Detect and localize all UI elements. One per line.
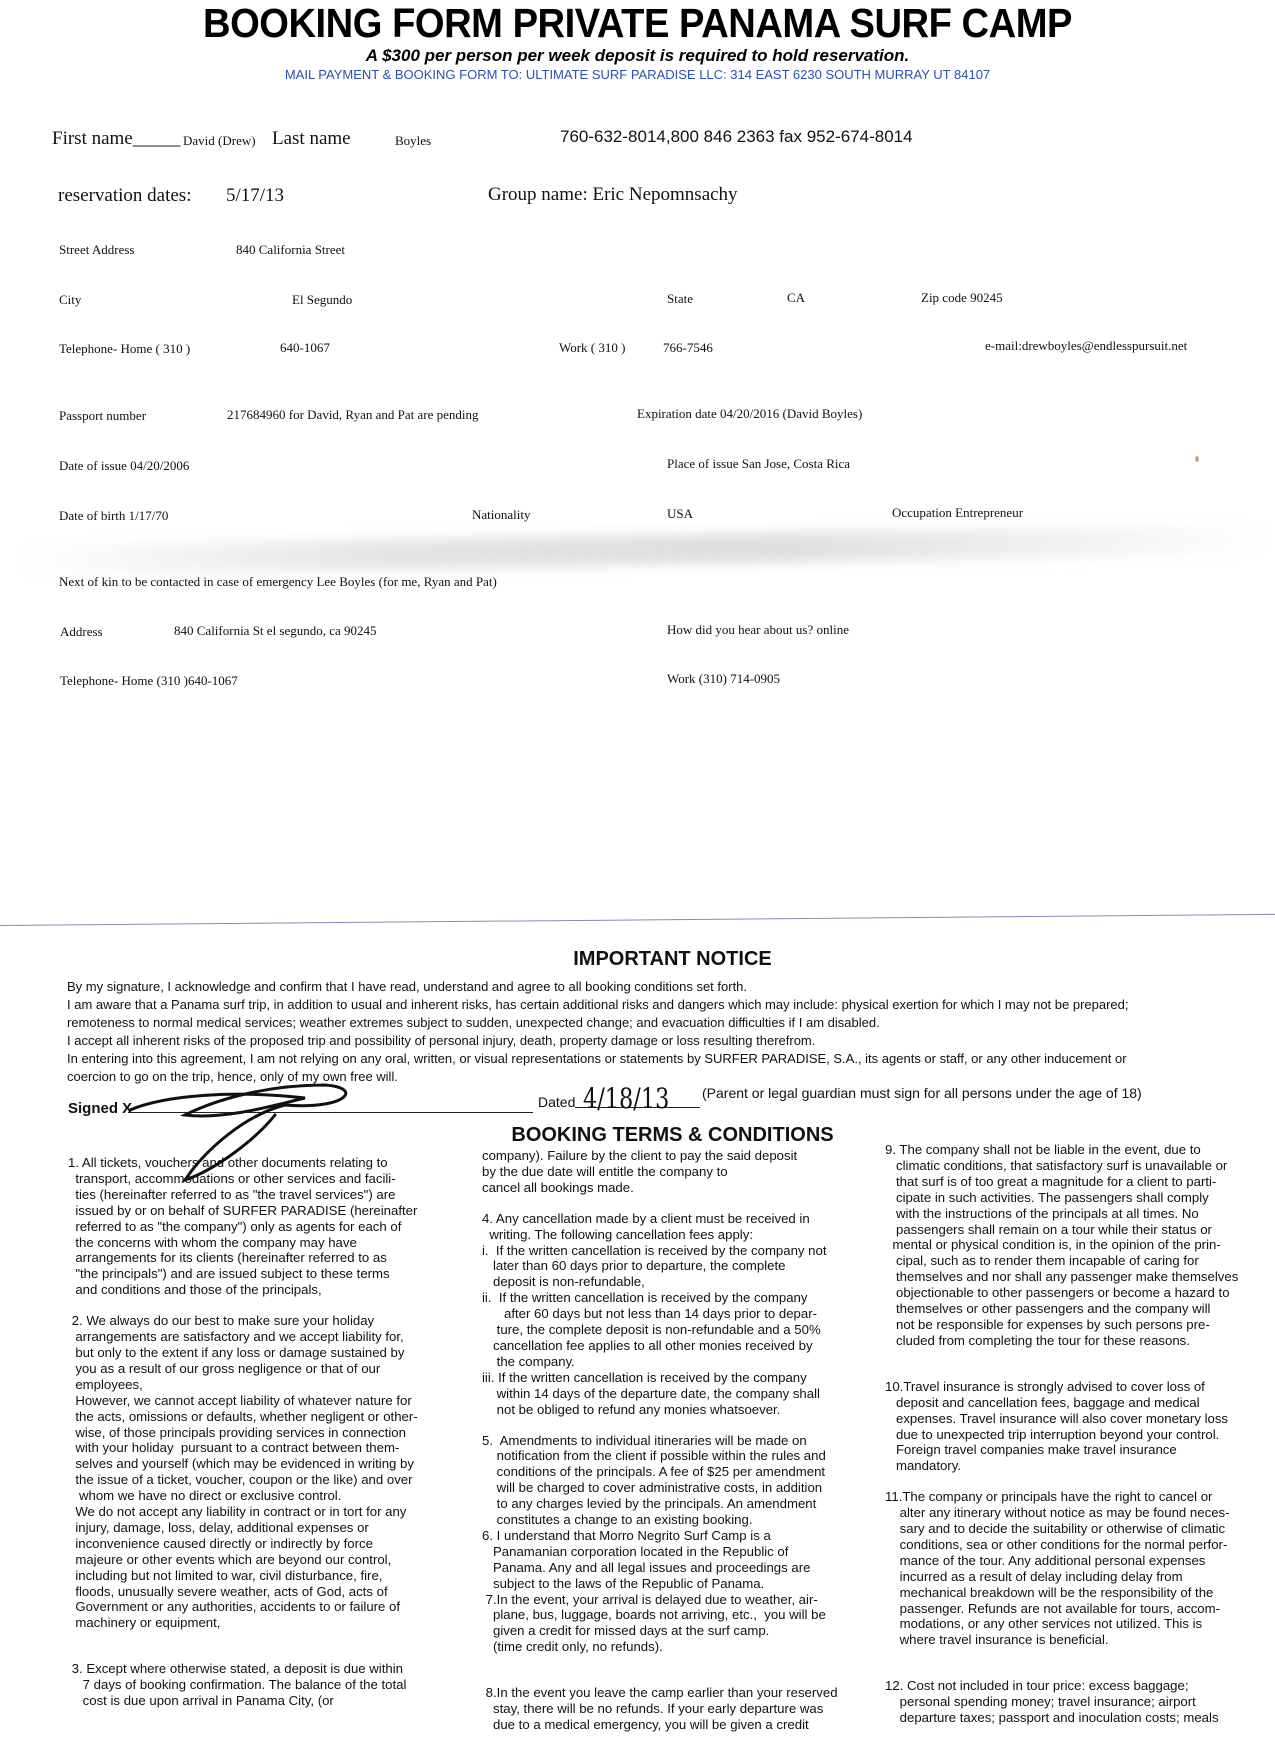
terms-line: writing. The following cancellation fees… xyxy=(482,1227,838,1243)
tel-home-label: Telephone- Home ( 310 ) xyxy=(59,341,190,357)
deposit-notice: A $300 per person per week deposit is re… xyxy=(0,46,1275,66)
terms-line: selves and yourself (which may be eviden… xyxy=(68,1456,418,1472)
state-label: State xyxy=(667,291,693,307)
mailing-address: MAIL PAYMENT & BOOKING FORM TO: ULTIMATE… xyxy=(0,67,1275,82)
terms-line: cancel all bookings made. xyxy=(482,1180,838,1196)
zip-code: Zip code 90245 xyxy=(921,290,1003,306)
terms-line: climatic conditions, that satisfactory s… xyxy=(885,1158,1238,1174)
work-value: 766-7546 xyxy=(663,340,713,356)
terms-line: Panama. Any and all legal issues and pro… xyxy=(482,1560,838,1576)
guardian-note: (Parent or legal guardian must sign for … xyxy=(702,1085,1142,1101)
notice-body: By my signature, I acknowledge and confi… xyxy=(67,978,1267,1086)
signed-label: Signed X xyxy=(68,1100,132,1117)
terms-line: However, we cannot accept liability of w… xyxy=(68,1393,418,1409)
terms-line: deposit and cancellation fees, baggage a… xyxy=(885,1395,1238,1411)
nationality-value: USA xyxy=(667,506,693,522)
terms-line: mandatory. xyxy=(885,1458,1238,1474)
terms-spacer xyxy=(482,1655,838,1670)
terms-line: with the instructions of the principals … xyxy=(885,1206,1238,1222)
terms-spacer xyxy=(68,1631,418,1646)
date-of-issue: Date of issue 04/20/2006 xyxy=(59,458,189,474)
page-divider xyxy=(0,914,1275,926)
terms-line: referred to as "the company") only as ag… xyxy=(68,1219,418,1235)
city-label: City xyxy=(59,292,81,308)
terms-line: whom we have no direct or exclusive cont… xyxy=(68,1488,418,1504)
terms-column-left: 1. All tickets, vouchers and other docum… xyxy=(68,1155,418,1709)
terms-line: including but not limited to war, civil … xyxy=(68,1568,418,1584)
notice-line: I am aware that a Panama surf trip, in a… xyxy=(67,996,1267,1014)
kin-work: Work (310) 714-0905 xyxy=(667,671,780,687)
terms-line: alter any itinerary without notice as ma… xyxy=(885,1505,1238,1521)
terms-line: 3. Except where otherwise stated, a depo… xyxy=(68,1661,418,1677)
terms-line: cancellation fee applies to all other mo… xyxy=(482,1338,838,1354)
email: e-mail:drewboyles@endlesspursuit.net xyxy=(985,338,1187,354)
first-name-label: First name_____ xyxy=(52,128,180,150)
terms-line: the issue of a ticket, voucher, coupon o… xyxy=(68,1472,418,1488)
terms-line: incurred as a result of delay including … xyxy=(885,1569,1238,1585)
last-name-label: Last name xyxy=(272,128,351,150)
terms-line: by the due date will entitle the company… xyxy=(482,1164,838,1180)
terms-spacer xyxy=(68,1298,418,1313)
terms-line: deposit is non-refundable, xyxy=(482,1274,838,1290)
terms-line: ties (hereinafter referred to as "the tr… xyxy=(68,1187,418,1203)
reservation-dates-label: reservation dates: xyxy=(58,185,191,207)
kin-tel-home: Telephone- Home (310 )640-1067 xyxy=(60,673,238,689)
terms-line: 5. Amendments to individual itineraries … xyxy=(482,1433,838,1449)
terms-line: company). Failure by the client to pay t… xyxy=(482,1148,838,1164)
paper-speck xyxy=(1195,456,1199,462)
first-name-value: David (Drew) xyxy=(183,133,256,149)
terms-line: where travel insurance is beneficial. xyxy=(885,1632,1238,1648)
terms-line: not be obliged to refund any monies what… xyxy=(482,1402,838,1418)
tel-home-value: 640-1067 xyxy=(280,340,330,356)
terms-line: passenger. Refunds are not available for… xyxy=(885,1601,1238,1617)
terms-line: due to unexpected trip interruption beyo… xyxy=(885,1427,1238,1443)
terms-line: subject to the laws of the Republic of P… xyxy=(482,1576,838,1592)
occupation: Occupation Entrepreneur xyxy=(892,505,1023,521)
terms-spacer xyxy=(885,1474,1238,1489)
contact-phones: 760-632-8014,800 846 2363 fax 952-674-80… xyxy=(560,127,913,147)
terms-line: after 60 days but not less than 14 days … xyxy=(482,1306,838,1322)
terms-line: passengers shall remain on a tour while … xyxy=(885,1222,1238,1238)
terms-line: wise, of those principals providing serv… xyxy=(68,1425,418,1441)
street-value: 840 California Street xyxy=(236,242,345,258)
passport-value: 217684960 for David, Ryan and Pat are pe… xyxy=(227,407,478,423)
terms-line: but only to the extent if any loss or da… xyxy=(68,1345,418,1361)
scan-smudge xyxy=(20,524,1270,576)
terms-line: 2. We always do our best to make sure yo… xyxy=(68,1313,418,1329)
terms-line: transport, accommodations or other servi… xyxy=(68,1171,418,1187)
terms-line: issued by or on behalf of SURFER PARADIS… xyxy=(68,1203,418,1219)
terms-line: 7 days of booking confirmation. The bala… xyxy=(68,1677,418,1693)
terms-line: 1. All tickets, vouchers and other docum… xyxy=(68,1155,418,1171)
terms-line: you as a result of our gross negligence … xyxy=(68,1361,418,1377)
terms-line: sary and to decide the suitability or ot… xyxy=(885,1521,1238,1537)
next-of-kin: Next of kin to be contacted in case of e… xyxy=(59,574,497,590)
terms-line: cost is due upon arrival in Panama City,… xyxy=(68,1693,418,1709)
heard-about-us: How did you hear about us? online xyxy=(667,622,849,638)
terms-line: inconvenience caused directly or indirec… xyxy=(68,1536,418,1552)
terms-spacer xyxy=(885,1349,1238,1364)
terms-line: cipate in such activities. The passenger… xyxy=(885,1190,1238,1206)
terms-line: 6. I understand that Morro Negrito Surf … xyxy=(482,1528,838,1544)
terms-line: We do not accept any liability in contra… xyxy=(68,1504,418,1520)
terms-line: i. If the written cancellation is receiv… xyxy=(482,1243,838,1259)
terms-line: modations, or any other services not uti… xyxy=(885,1616,1238,1632)
street-label: Street Address xyxy=(59,242,134,258)
terms-spacer xyxy=(885,1364,1238,1379)
terms-line: "the principals") and are issued subject… xyxy=(68,1266,418,1282)
terms-line: later than 60 days prior to departure, t… xyxy=(482,1258,838,1274)
terms-column-middle: company). Failure by the client to pay t… xyxy=(482,1148,838,1733)
terms-line: (time credit only, no refunds). xyxy=(482,1639,838,1655)
terms-line: majeure or other events which are beyond… xyxy=(68,1552,418,1568)
terms-line: machinery or equipment, xyxy=(68,1615,418,1631)
terms-spacer xyxy=(68,1646,418,1661)
terms-line: the concerns with whom the company may h… xyxy=(68,1235,418,1251)
terms-line: ture, the complete deposit is non-refund… xyxy=(482,1322,838,1338)
terms-line: 9. The company shall not be liable in th… xyxy=(885,1142,1238,1158)
notice-title: IMPORTANT NOTICE xyxy=(0,948,1275,971)
terms-line: the acts, omissions or defaults, whether… xyxy=(68,1409,418,1425)
terms-line: 7.In the event, your arrival is delayed … xyxy=(482,1592,838,1608)
expiration-date: Expiration date 04/20/2016 (David Boyles… xyxy=(637,406,862,422)
terms-line: Panamanian corporation located in the Re… xyxy=(482,1544,838,1560)
terms-line: ii. If the written cancellation is recei… xyxy=(482,1290,838,1306)
terms-line: 11.The company or principals have the ri… xyxy=(885,1489,1238,1505)
terms-line: given a credit for missed days at the su… xyxy=(482,1623,838,1639)
terms-spacer xyxy=(482,1196,838,1211)
date-of-birth: Date of birth 1/17/70 xyxy=(59,508,168,524)
terms-line: not be responsible for expenses by such … xyxy=(885,1317,1238,1333)
terms-line: expenses. Travel insurance will also cov… xyxy=(885,1411,1238,1427)
terms-line: employees, xyxy=(68,1377,418,1393)
terms-line: themselves and nor shall any passenger m… xyxy=(885,1269,1238,1285)
terms-line: 8.In the event you leave the camp earlie… xyxy=(482,1685,838,1701)
dated-label: Dated xyxy=(538,1094,575,1110)
terms-line: iii. If the written cancellation is rece… xyxy=(482,1370,838,1386)
terms-line: constitutes a change to an existing book… xyxy=(482,1512,838,1528)
notice-line: In entering into this agreement, I am no… xyxy=(67,1050,1267,1068)
terms-line: mechanical breakdown will be the respons… xyxy=(885,1585,1238,1601)
terms-line: cluded from completing the tour for thes… xyxy=(885,1333,1238,1349)
terms-line: with your holiday pursuant to a contract… xyxy=(68,1440,418,1456)
terms-line: that surf is of too great a magnitude fo… xyxy=(885,1174,1238,1190)
place-of-issue: Place of issue San Jose, Costa Rica xyxy=(667,456,850,472)
notice-line: I accept all inherent risks of the propo… xyxy=(67,1032,1267,1050)
nationality-label: Nationality xyxy=(472,507,531,523)
terms-line: and conditions and those of the principa… xyxy=(68,1282,418,1298)
terms-line: plane, bus, luggage, boards not arriving… xyxy=(482,1607,838,1623)
handwritten-date: 4/18/13 xyxy=(583,1082,669,1115)
notice-line: By my signature, I acknowledge and confi… xyxy=(67,978,1267,996)
form-title: BOOKING FORM PRIVATE PANAMA SURF CAMP xyxy=(45,0,1231,47)
terms-line: floods, unusually severe weather, acts o… xyxy=(68,1584,418,1600)
terms-line: arrangements for its clients (hereinafte… xyxy=(68,1250,418,1266)
group-name: Group name: Eric Nepomnsachy xyxy=(488,184,738,206)
terms-line: 12. Cost not included in tour price: exc… xyxy=(885,1678,1238,1694)
terms-spacer xyxy=(482,1418,838,1433)
work-label: Work ( 310 ) xyxy=(559,340,625,356)
passport-label: Passport number xyxy=(59,408,146,424)
terms-line: Government or any authorities, accidents… xyxy=(68,1599,418,1615)
terms-line: 4. Any cancellation made by a client mus… xyxy=(482,1211,838,1227)
terms-spacer xyxy=(885,1663,1238,1678)
kin-address-value: 840 California St el segundo, ca 90245 xyxy=(174,623,377,639)
terms-line: will be charged to cover administrative … xyxy=(482,1480,838,1496)
terms-line: conditions, sea or other conditions for … xyxy=(885,1537,1238,1553)
terms-line: objectionable to other passengers or bec… xyxy=(885,1285,1238,1301)
terms-line: cipal, such as to render them incapable … xyxy=(885,1253,1238,1269)
notice-line: remoteness to normal medical services; w… xyxy=(67,1014,1267,1032)
terms-line: 10.Travel insurance is strongly advised … xyxy=(885,1379,1238,1395)
reservation-dates-value: 5/17/13 xyxy=(226,185,284,207)
terms-line: stay, there will be no refunds. If your … xyxy=(482,1701,838,1717)
kin-address-label: Address xyxy=(60,624,103,640)
terms-line: personal spending money; travel insuranc… xyxy=(885,1694,1238,1710)
terms-line: mental or physical condition is, in the … xyxy=(885,1237,1238,1253)
terms-line: arrangements are satisfactory and we acc… xyxy=(68,1329,418,1345)
terms-line: within 14 days of the departure date, th… xyxy=(482,1386,838,1402)
terms-line: mance of the tour. Any additional person… xyxy=(885,1553,1238,1569)
last-name-value: Boyles xyxy=(395,133,431,149)
terms-line: due to a medical emergency, you will be … xyxy=(482,1717,838,1733)
terms-spacer xyxy=(482,1670,838,1685)
terms-column-right: 9. The company shall not be liable in th… xyxy=(885,1142,1238,1726)
terms-line: conditions of the principals. A fee of $… xyxy=(482,1464,838,1480)
terms-line: to any charges levied by the principals.… xyxy=(482,1496,838,1512)
terms-line: injury, damage, loss, delay, additional … xyxy=(68,1520,418,1536)
terms-line: the company. xyxy=(482,1354,838,1370)
terms-line: Foreign travel companies make travel ins… xyxy=(885,1442,1238,1458)
terms-line: departure taxes; passport and inoculatio… xyxy=(885,1710,1238,1726)
city-value: El Segundo xyxy=(292,292,352,308)
terms-line: notification from the client if possible… xyxy=(482,1448,838,1464)
state-value: CA xyxy=(787,290,805,306)
terms-spacer xyxy=(885,1648,1238,1663)
terms-line: themselves or other passengers and the c… xyxy=(885,1301,1238,1317)
